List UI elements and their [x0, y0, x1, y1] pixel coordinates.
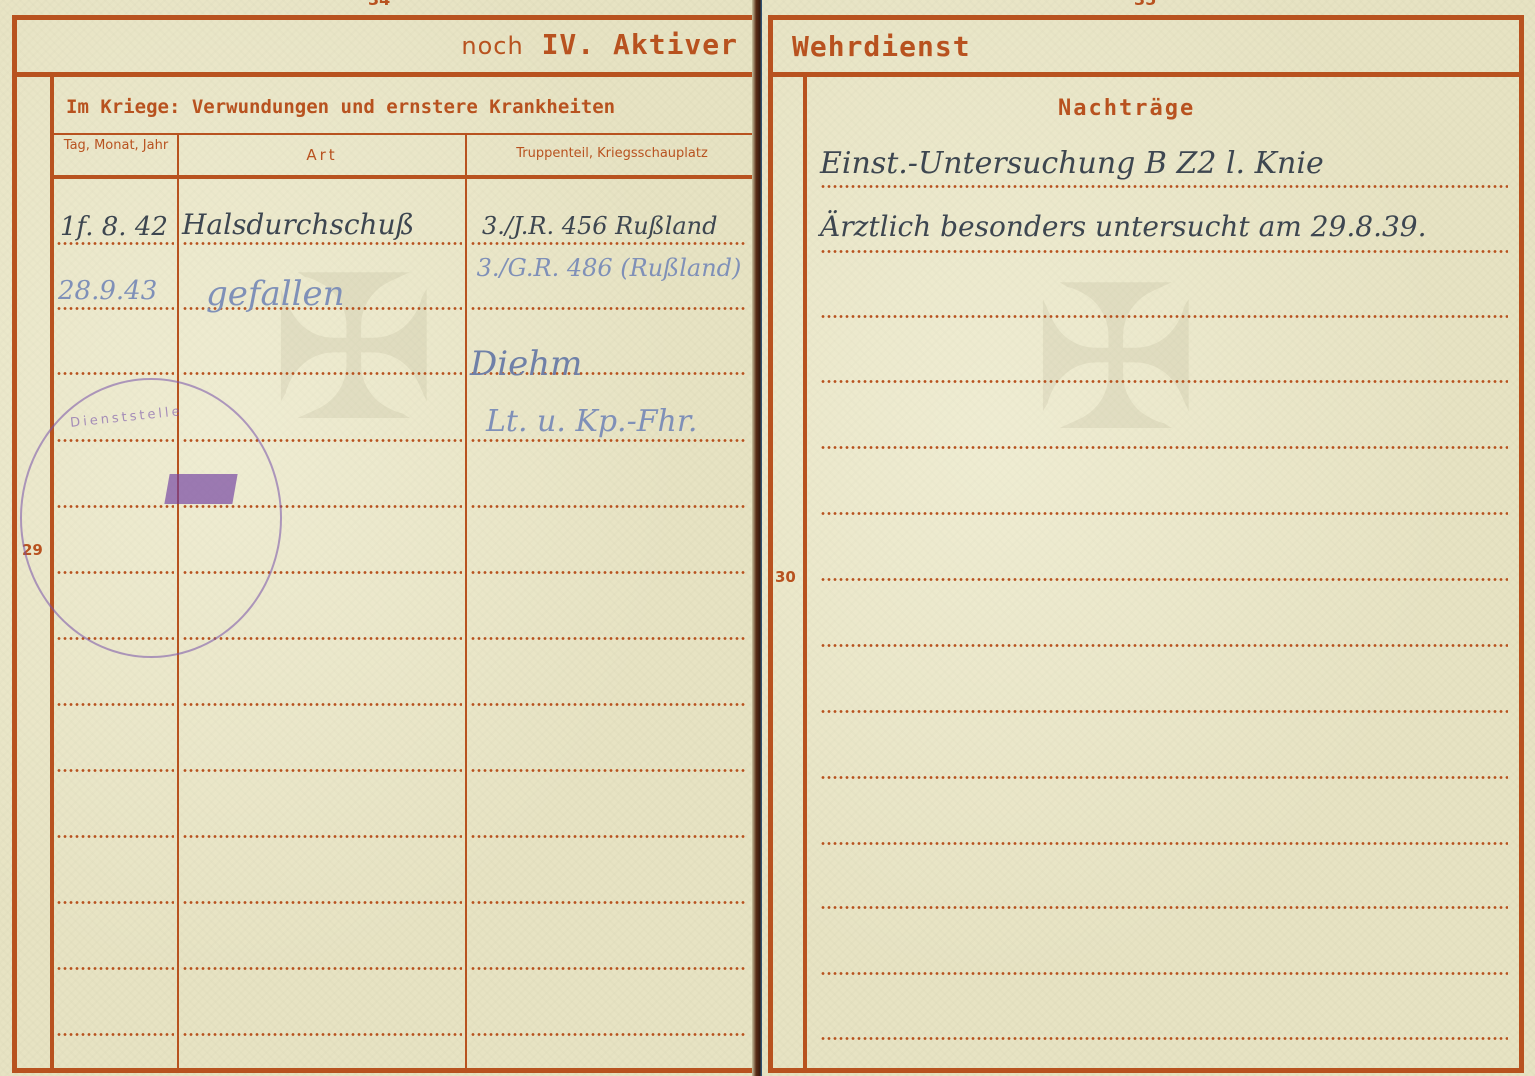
header-bottom-line [52, 175, 758, 179]
column-header-unit: Truppenteil, Kriegsschauplatz [468, 146, 756, 161]
entry-1-date: 1f. 8. 42 [60, 212, 168, 242]
page-number-top: 35 [1134, 0, 1156, 9]
stamp-eagle-icon [164, 474, 237, 504]
signature-name: Diehm [470, 344, 582, 384]
entry-1-text: Einst.-Untersuchung B Z2 l. Knie [820, 146, 1324, 181]
title-divider [768, 72, 1524, 77]
right-page: ✠ 35 Wehrdienst Nachträge 30 Einst.-Unte… [762, 0, 1535, 1076]
margin-divider [803, 75, 807, 1070]
column-divider-2 [465, 134, 467, 1070]
entry-1-unit: 3./J.R. 456 Rußland [482, 212, 718, 240]
left-page: ✠ 34 noch IV. Aktiver Im Kriege: Verwund… [0, 0, 762, 1076]
section-heading: Im Kriege: Verwundungen und ernstere Kra… [66, 96, 615, 118]
header-top-line [52, 133, 758, 135]
column-header-type: Art [180, 146, 464, 164]
page-number-top: 34 [368, 0, 390, 9]
section-heading: Nachträge [1058, 96, 1195, 121]
column-header-date: Tag, Monat, Jahr [60, 138, 172, 154]
entry-1-type: Halsdurchschuß [182, 208, 414, 241]
entry-2-type: gefallen [206, 274, 345, 314]
margin-number: 30 [775, 568, 796, 586]
entry-2-date: 28.9.43 [58, 276, 157, 306]
page-title: noch IV. Aktiver [461, 28, 738, 61]
entry-2-text: Ärztlich besonders untersucht am 29.8.39… [820, 210, 1427, 243]
title-divider [12, 72, 760, 77]
title-prefix: noch [461, 32, 523, 60]
entry-2-unit: 3./G.R. 486 (Rußland) [474, 252, 744, 284]
title-main: IV. Aktiver [542, 28, 738, 61]
page-title: Wehrdienst [792, 30, 971, 63]
signature-rank: Lt. u. Kp.-Fhr. [486, 404, 697, 439]
